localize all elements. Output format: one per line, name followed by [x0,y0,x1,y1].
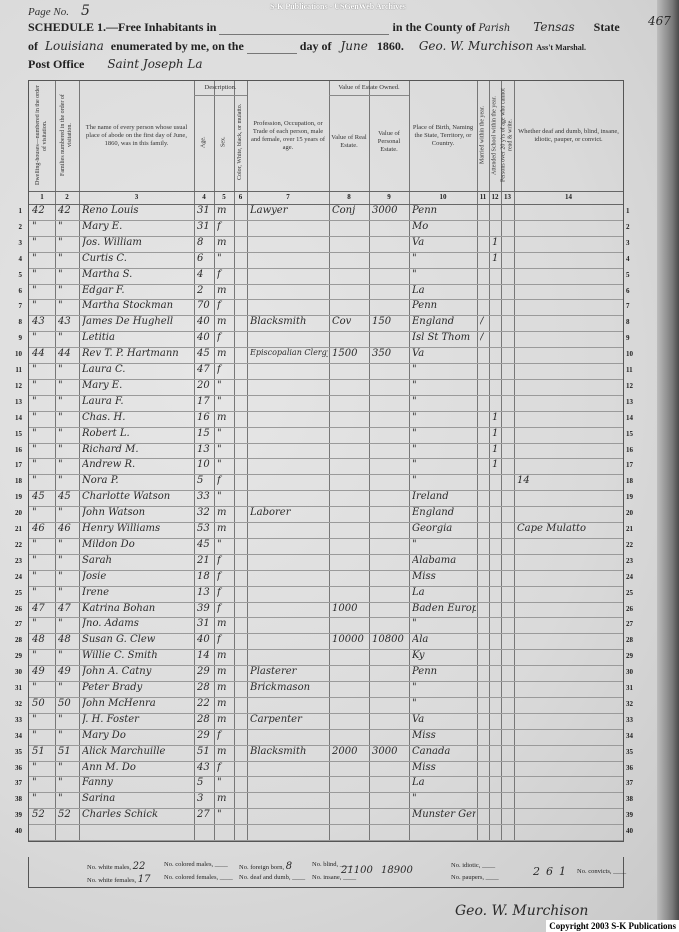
line-number: 28 [8,636,22,644]
line-number: 1 [626,207,630,215]
line-number: 30 [626,668,633,676]
line-number: 26 [8,605,22,613]
cell-birth: " [412,682,476,693]
copyright-notice: Copyright 2003 S-K Publications [546,920,679,932]
line-number: 5 [8,271,22,279]
cell-name: James De Hughell [82,316,193,327]
cell-fam: " [58,396,78,407]
cell-name: Martha S. [82,269,193,280]
cell-sex: f [217,475,233,486]
line-number: 16 [626,446,633,454]
cell-sex: m [217,412,233,423]
cell-birth: Penn [412,300,476,311]
line-number: 30 [8,668,22,676]
cell-age: 29 [197,666,213,677]
line-number: 4 [626,255,630,263]
line-number: 28 [626,636,633,644]
cell-dw: " [32,555,54,566]
cell-married: / [480,316,488,327]
personal-estate-total: 18900 [381,865,413,876]
line-number: 33 [626,716,633,724]
cell-dw: " [32,793,54,804]
cell-age: 31 [197,205,213,216]
cell-birth: England [412,507,476,518]
cell-birth: " [412,444,476,455]
column-header: Value of Real Estate. [331,97,367,187]
cell-sex: f [217,730,233,741]
cell-age: 28 [197,714,213,725]
cell-dw: " [32,459,54,470]
column-number: 2 [55,193,79,201]
cell-birth: Baden Europe [412,603,476,614]
cell-fam: " [58,777,78,788]
cell-birth: Penn [412,205,476,216]
cell-dw: " [32,364,54,375]
cell-fam: " [58,332,78,343]
cell-sex: m [217,714,233,725]
line-number: 37 [626,779,633,787]
cell-dw: 49 [32,666,54,677]
line-number: 36 [8,764,22,772]
cell-birth: " [412,253,476,264]
cell-pers: 150 [372,316,408,327]
cell-sex: m [217,205,233,216]
row-divider [29,824,623,825]
line-number: 12 [8,382,22,390]
cell-age: 31 [197,221,213,232]
line-number: 3 [8,239,22,247]
cell-birth: Munster Germany [412,809,476,820]
foreign-born-total: 8 [286,861,292,872]
cell-fam: " [58,253,78,264]
cell-fam: " [58,539,78,550]
column-header: Value of Personal Estate. [371,97,407,187]
column-number: 11 [477,193,489,201]
cell-name: John Watson [82,507,193,518]
cell-sex: f [217,634,233,645]
line-number: 25 [626,589,633,597]
column-header: The name of every person whose usual pla… [81,84,192,187]
cell-name: Josie [82,571,193,582]
cell-age: 31 [197,618,213,629]
cell-name: Ann M. Do [82,762,193,773]
column-header: Dwelling-houses—numbered in the order of… [31,84,53,187]
cell-birth: Miss [412,730,476,741]
cell-age: 17 [197,396,213,407]
column-number: 3 [79,193,194,201]
cell-age: 28 [197,682,213,693]
white-females-total: 17 [138,874,151,885]
cell-name: Mildon Do [82,539,193,550]
cell-birth: England [412,316,476,327]
cell-dw: 51 [32,746,54,757]
cell-fam: " [58,269,78,280]
line-number: 22 [626,541,633,549]
column-number: 9 [369,193,409,201]
cell-dw: " [32,332,54,343]
cell-fam: " [58,221,78,232]
cell-occ: Carpenter [250,714,328,725]
census-table: Dwelling-houses—numbered in the order of… [28,80,624,842]
cell-birth: " [412,380,476,391]
value-group-header: Value of Estate Owned. [329,84,409,92]
cell-sex: m [217,237,233,248]
cell-age: 51 [197,746,213,757]
line-number: 19 [626,493,633,501]
cell-birth: Georgia [412,523,476,534]
cell-fam: 47 [58,603,78,614]
cell-occ: Blacksmith [250,316,328,327]
cell-sex: " [217,396,233,407]
cell-age: 40 [197,634,213,645]
cell-birth: Penn [412,666,476,677]
month-value: June [340,39,367,53]
cell-birth: Alabama [412,555,476,566]
cell-sex: m [217,523,233,534]
line-number: 15 [626,430,633,438]
cell-name: Laura C. [82,364,193,375]
cell-age: 14 [197,650,213,661]
header-divider [29,191,623,192]
cell-name: Katrina Bohan [82,603,193,614]
column-number: 1 [29,193,55,201]
cell-name: Willie C. Smith [82,650,193,661]
cell-fam: 44 [58,348,78,359]
cell-name: John A. Catny [82,666,193,677]
cell-birth: " [412,793,476,804]
line-number: 7 [626,302,630,310]
column-number: 6 [234,193,247,201]
cell-fam: " [58,380,78,391]
cell-dw: 52 [32,809,54,820]
cell-age: 27 [197,809,213,820]
cell-birth: " [412,475,476,486]
page-number: Page No.5 [28,3,90,19]
cell-name: Richard M. [82,444,193,455]
real-estate-total: 21100 [341,865,373,876]
column-header: Attended School within the year. [491,84,499,187]
line-number: 29 [8,652,22,660]
schedule-title-line: SCHEDULE 1.—Free Inhabitants in in the C… [28,20,620,35]
column-header: Age. [196,97,212,187]
marshal-name: Geo. W. Murchison [419,39,533,53]
cell-birth: Mo [412,221,476,232]
line-number: 2 [8,223,22,231]
cell-sex: m [217,348,233,359]
cell-fam: 46 [58,523,78,534]
cell-name: Fanny [82,777,193,788]
cell-fam: " [58,507,78,518]
group-divider [329,95,409,96]
cell-name: Charles Schick [82,809,193,820]
married-total: 2 [533,865,540,878]
cell-name: Martha Stockman [82,300,193,311]
cell-pers: 3000 [372,205,408,216]
line-number: 10 [8,350,22,358]
cell-dw: " [32,253,54,264]
cell-sex: m [217,682,233,693]
cell-age: 13 [197,587,213,598]
cell-school: 1 [492,412,500,423]
cell-age: 20 [197,380,213,391]
cell-dw: " [32,269,54,280]
cell-name: Charlotte Watson [82,491,193,502]
line-number: 8 [626,318,630,326]
line-number: 39 [626,811,633,819]
cell-birth: " [412,539,476,550]
cell-birth: " [412,459,476,470]
cell-dw: " [32,444,54,455]
cell-age: 5 [197,777,213,788]
page-binding-edge [657,0,679,932]
line-number: 24 [8,573,22,581]
cell-birth: Ky [412,650,476,661]
cell-dw: 48 [32,634,54,645]
cell-birth: " [412,412,476,423]
cell-dw: " [32,777,54,788]
column-number: 12 [489,193,501,201]
white-males-total: 22 [133,861,146,872]
column-header: Persons over 20 y'rs of age who cannot r… [503,84,512,187]
cell-age: 2 [197,285,213,296]
description-group-header: Description. [194,84,247,92]
cell-fam: " [58,587,78,598]
line-number: 4 [8,255,22,263]
cell-fam: " [58,762,78,773]
cell-sex: m [217,650,233,661]
cell-birth: Miss [412,762,476,773]
cell-fam: " [58,444,78,455]
cell-sex: f [217,364,233,375]
cell-real: 1000 [332,603,368,614]
cell-name: Andrew R. [82,459,193,470]
county-value: Tensas [533,20,574,34]
line-number: 39 [8,811,22,819]
cell-birth: " [412,428,476,439]
cell-sex: m [217,666,233,677]
cell-sex: m [217,746,233,757]
cell-birth: " [412,269,476,280]
line-number: 5 [626,271,630,279]
cell-dw: " [32,475,54,486]
cell-name: J. H. Foster [82,714,193,725]
cell-dw: 44 [32,348,54,359]
column-header: Place of Birth, Naming the State, Territ… [411,84,475,187]
cell-age: 4 [197,269,213,280]
school-total: 6 [546,865,553,878]
post-office-line: Post Office Saint Joseph La [28,57,203,72]
line-number: 36 [626,764,633,772]
cell-occ: Plasterer [250,666,328,677]
cell-fam: " [58,300,78,311]
line-number: 14 [626,414,633,422]
cell-name: Irene [82,587,193,598]
line-number: 27 [8,620,22,628]
line-number: 18 [626,477,633,485]
cell-married: / [480,332,488,343]
line-number: 21 [8,525,22,533]
cell-real: 10000 [332,634,368,645]
illiterate-total: 1 [559,865,566,878]
column-header: Whether deaf and dumb, blind, insane, id… [516,84,621,187]
line-number: 11 [8,366,22,374]
cell-sex: m [217,793,233,804]
cell-sex: f [217,269,233,280]
cell-dw: 43 [32,316,54,327]
cell-dw: " [32,730,54,741]
cell-sex: f [217,332,233,343]
cell-school: 1 [492,428,500,439]
cell-birth: Va [412,237,476,248]
cell-name: Sarina [82,793,193,804]
cell-pers: 350 [372,348,408,359]
cell-age: 3 [197,793,213,804]
cell-sex: " [217,380,233,391]
cell-name: John McHenra [82,698,193,709]
cell-birth: " [412,396,476,407]
cell-occ: Blacksmith [250,746,328,757]
cell-age: 45 [197,348,213,359]
column-number: 8 [329,193,369,201]
line-number: 13 [8,398,22,406]
post-office-value: Saint Joseph La [107,57,202,71]
cell-fam: 45 [58,491,78,502]
cell-sex: f [217,762,233,773]
column-number: 5 [214,193,234,201]
line-number: 1 [8,207,22,215]
cell-real: Cov [332,316,368,327]
cell-name: Mary Do [82,730,193,741]
line-number: 2 [626,223,630,231]
line-number: 21 [626,525,633,533]
cell-fam: " [58,412,78,423]
cell-age: 39 [197,603,213,614]
cell-fam: " [58,618,78,629]
cell-school: 1 [492,237,500,248]
column-number: 4 [194,193,214,201]
cell-dw: " [32,380,54,391]
cell-dw: " [32,762,54,773]
cell-sex: f [217,603,233,614]
cell-dw: 50 [32,698,54,709]
cell-sex: f [217,221,233,232]
cell-birth: Va [412,348,476,359]
cell-birth: Miss [412,571,476,582]
line-number: 26 [626,605,633,613]
cell-fam: " [58,682,78,693]
cell-birth: Ala [412,634,476,645]
cell-dw: 42 [32,205,54,216]
cell-birth: La [412,285,476,296]
row-divider [29,840,623,841]
line-number: 31 [626,684,633,692]
cell-dw: " [32,507,54,518]
cell-name: Nora P. [82,475,193,486]
column-header: Profession, Occupation, or Trade of each… [249,84,327,187]
line-number: 6 [626,287,630,295]
line-number: 17 [626,461,633,469]
cell-age: 33 [197,491,213,502]
cell-fam: " [58,730,78,741]
cell-fam: " [58,571,78,582]
cell-school: 1 [492,253,500,264]
county-prefix: Parish [479,23,511,34]
column-number: 14 [514,193,623,201]
cell-dw: " [32,221,54,232]
cell-age: 47 [197,364,213,375]
cell-name: Mary E. [82,380,193,391]
cell-name: Letitia [82,332,193,343]
cell-sex: " [217,809,233,820]
cell-name: Chas. H. [82,412,193,423]
cell-real: Conj [332,205,368,216]
line-number: 11 [626,366,633,374]
cell-pers: 3000 [372,746,408,757]
cell-age: 13 [197,444,213,455]
cell-fam: " [58,428,78,439]
line-number: 23 [8,557,22,565]
cell-sex: m [217,698,233,709]
line-number: 35 [8,748,22,756]
cell-birth: " [412,618,476,629]
line-number: 12 [626,382,633,390]
cell-age: 16 [197,412,213,423]
cell-sex: " [217,491,233,502]
cell-sex: m [217,618,233,629]
cell-sex: m [217,507,233,518]
cell-dw: " [32,650,54,661]
cell-name: Alick Marchuille [82,746,193,757]
cell-fam: " [58,793,78,804]
line-number: 9 [626,334,630,342]
cell-dw: " [32,682,54,693]
cell-fam: " [58,650,78,661]
line-number: 32 [626,700,633,708]
cell-birth: " [412,364,476,375]
line-number: 7 [8,302,22,310]
line-number: 17 [8,461,22,469]
cell-dw: " [32,571,54,582]
cell-name: Susan G. Clew [82,634,193,645]
cell-name: Jos. William [82,237,193,248]
line-number: 19 [8,493,22,501]
cell-dw: " [32,396,54,407]
line-number: 37 [8,779,22,787]
cell-dw: " [32,539,54,550]
cell-fam: 49 [58,666,78,677]
cell-remark: 14 [517,475,622,486]
cell-age: 15 [197,428,213,439]
cell-name: Mary E. [82,221,193,232]
cell-dw: 45 [32,491,54,502]
cell-birth: Ireland [412,491,476,502]
line-number: 38 [8,795,22,803]
cell-dw: 46 [32,523,54,534]
cell-dw: " [32,428,54,439]
cell-fam: " [58,285,78,296]
line-number: 24 [626,573,633,581]
line-number: 34 [626,732,633,740]
cell-sex: " [217,428,233,439]
column-header: Married within the year. [479,84,487,187]
line-number: 33 [8,716,22,724]
marshal-signature: Geo. W. Murchison [455,903,588,919]
line-number: 32 [8,700,22,708]
line-number: 18 [8,477,22,485]
cell-age: 8 [197,237,213,248]
cell-fam: " [58,459,78,470]
cell-sex: m [217,285,233,296]
